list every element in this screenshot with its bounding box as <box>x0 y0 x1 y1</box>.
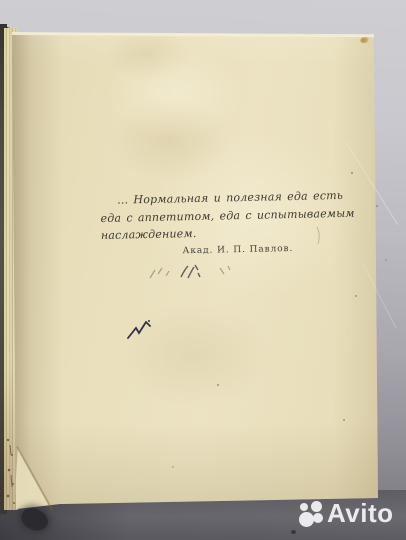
avito-logo-circle-icon <box>313 513 323 523</box>
avito-watermark: Avito <box>296 498 406 538</box>
pencil-scribble-marks <box>150 266 230 278</box>
avito-logo-circle-icon <box>311 501 322 512</box>
avito-logo-circle-icon <box>300 503 308 511</box>
ink-scribble-marks <box>181 265 200 278</box>
handwriting-and-specks-overlay <box>0 0 406 540</box>
avito-logo-circle-icon <box>299 512 314 527</box>
book-photo-scene: ... Нормальная и полезная еда есть еда с… <box>0 0 406 540</box>
surface-scratches <box>172 142 398 468</box>
spine-wear-specks <box>7 439 15 504</box>
avito-watermark-text: Avito <box>327 498 394 528</box>
ink-scribble-signature <box>128 320 150 338</box>
paper-crease <box>317 227 319 244</box>
